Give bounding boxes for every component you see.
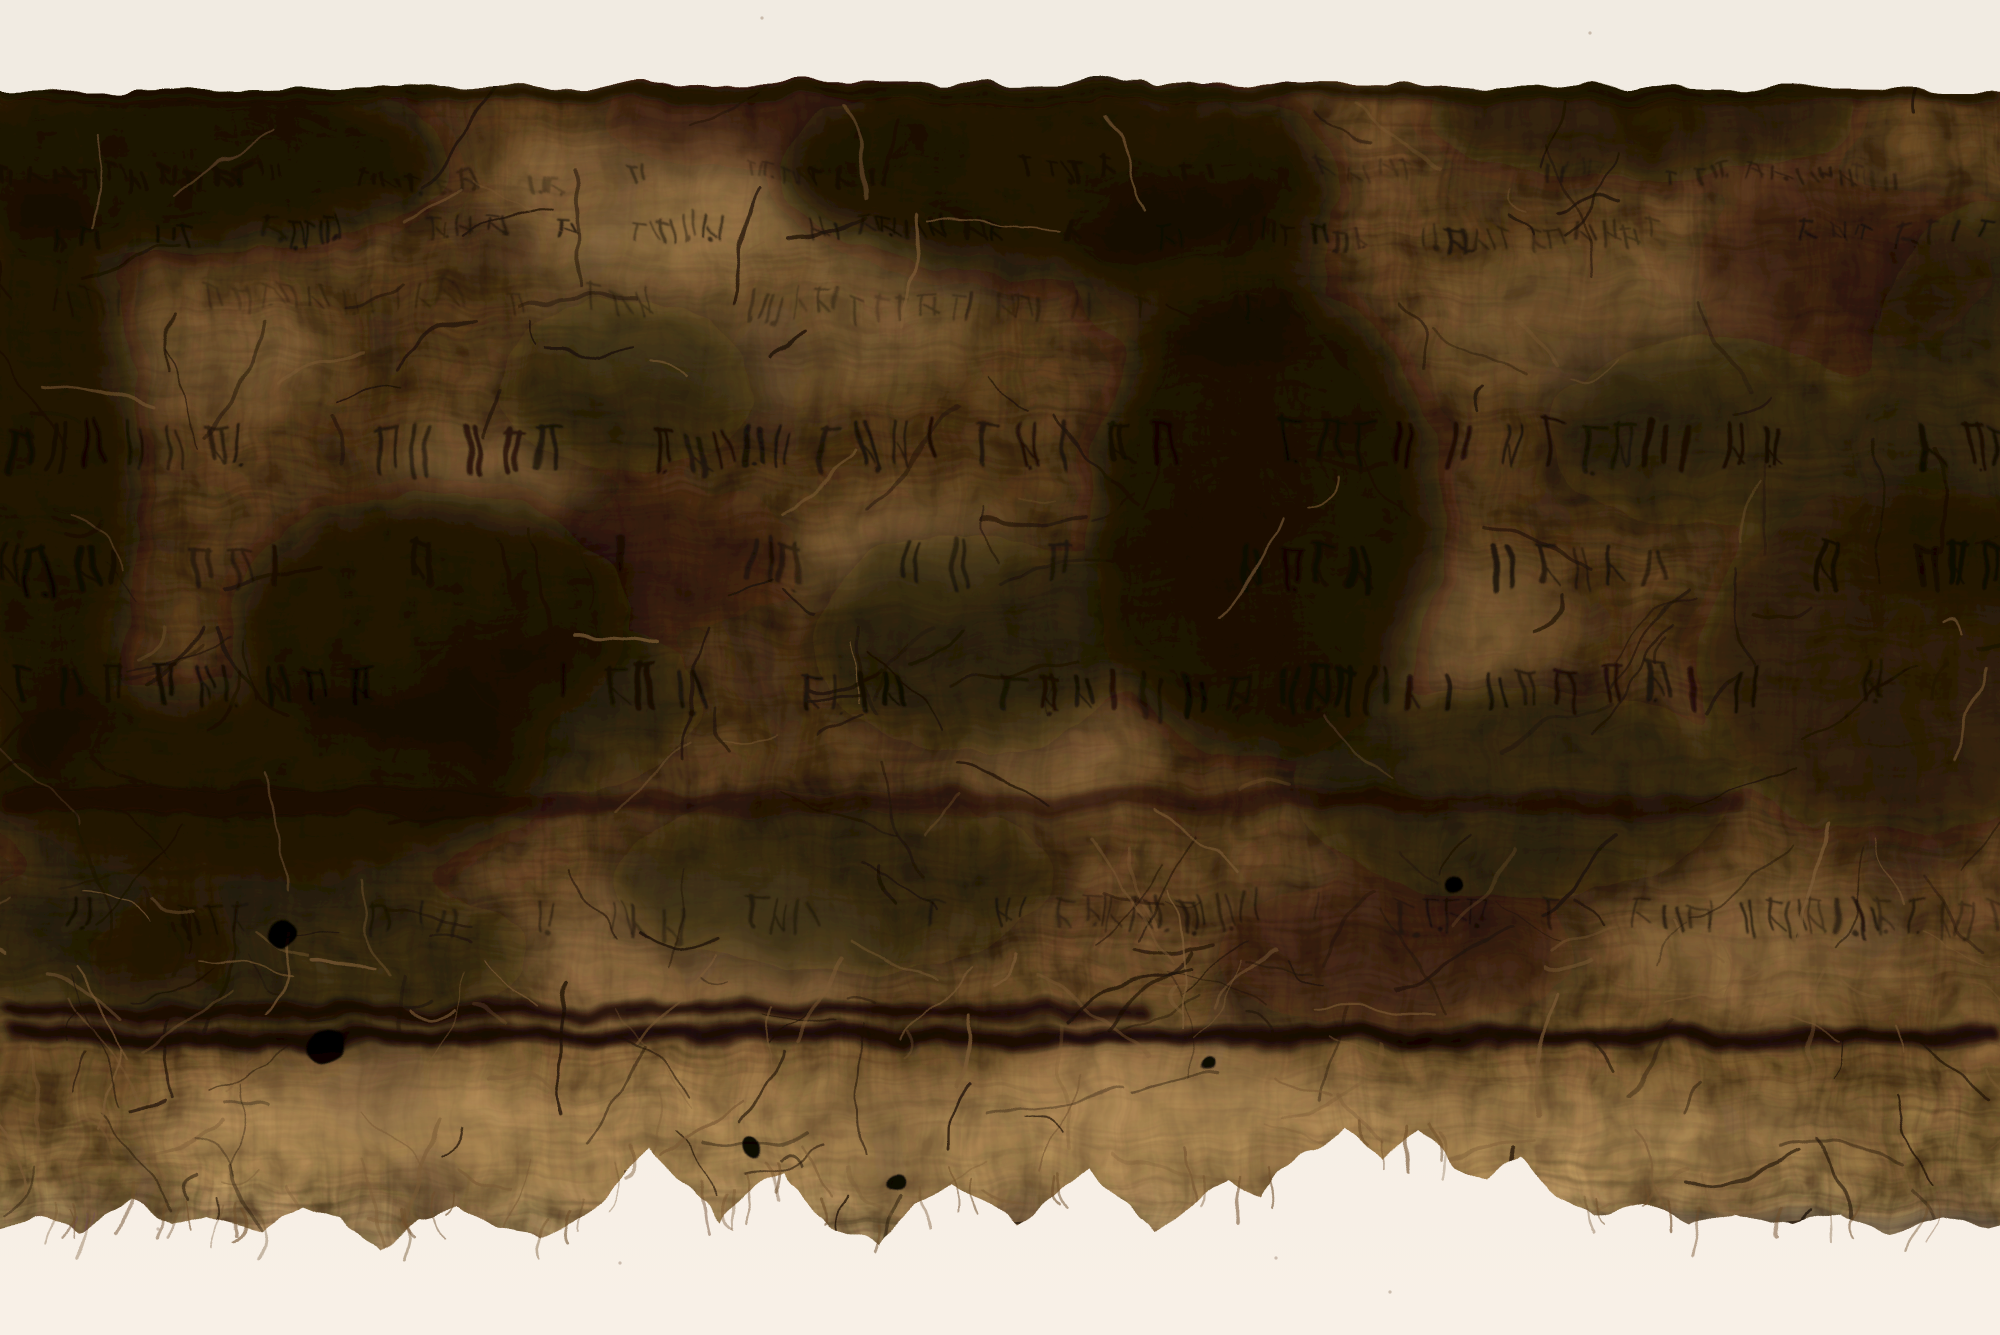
script-mark: [1200, 892, 1201, 919]
dust-speck: [1274, 1256, 1277, 1259]
fiber-strand: [1297, 1216, 1324, 1278]
fiber-strand: [598, 1195, 642, 1282]
overhang-fiber: [1440, 1134, 1443, 1177]
fiber-strand: [1351, 1174, 1367, 1199]
dark-blotch: [1295, 685, 1735, 895]
ink-blob: [272, 922, 298, 954]
script-mark: [1693, 668, 1695, 708]
fiber-strand: [1476, 1215, 1486, 1248]
manuscript-svg: [0, 0, 2000, 1335]
purple-fiber: [29, 1222, 33, 1258]
fiber-strand: [156, 1237, 179, 1266]
dust-speck: [760, 16, 763, 19]
light-patch: [120, 1070, 1880, 1210]
purple-fiber: [900, 1238, 912, 1270]
fiber-strand: [1015, 1223, 1041, 1335]
fiber-strand: [1677, 1225, 1803, 1230]
rule-stripe: [0, 1028, 2000, 1046]
ink-blob: [311, 1028, 349, 1062]
rule-stripe: [0, 1004, 1150, 1019]
fiber-strand: [360, 1251, 446, 1327]
purple-fiber: [37, 1231, 41, 1263]
script-mark: [116, 286, 118, 309]
fiber-strand: [624, 1169, 658, 1221]
light-patch: [1610, 880, 1920, 1020]
dark-blotch: [1070, 170, 1330, 360]
rule-stripe: [0, 792, 1750, 814]
manuscript-photograph: [0, 0, 2000, 1335]
rule-stripe: [0, 86, 2000, 100]
dark-blotch: [1420, 50, 1860, 180]
ink-blob: [743, 1134, 761, 1162]
dust-speck: [1388, 1290, 1391, 1293]
dark-blotch: [1215, 880, 1575, 1030]
dust-speck: [618, 1261, 621, 1264]
paper-fragment: [0, 50, 2000, 1335]
purple-fiber: [918, 1241, 924, 1272]
dust-speck: [1588, 31, 1591, 34]
overhang-fiber: [1669, 1202, 1670, 1233]
script-mark: [1445, 674, 1446, 714]
dark-blotch: [600, 55, 940, 175]
purple-fiber: [892, 1233, 901, 1266]
ink-blob: [882, 1170, 904, 1186]
purple-fiber: [910, 1237, 919, 1264]
fiber-strand: [1506, 1221, 1516, 1297]
fiber-strand: [763, 1219, 798, 1306]
dark-blotch: [560, 490, 800, 630]
purple-fiber: [30, 1232, 34, 1254]
fiber-strand: [167, 1248, 187, 1315]
purple-fiber: [33, 1232, 43, 1263]
script-mark: [618, 537, 620, 571]
ink-blob: [1447, 872, 1465, 888]
ink-blob: [1203, 1059, 1217, 1071]
dark-blotch: [495, 300, 755, 470]
dark-blotch: [1085, 280, 1445, 760]
fiber-strand: [191, 1251, 238, 1335]
fiber-strand: [478, 1222, 493, 1294]
fiber-strand: [942, 1221, 1060, 1239]
